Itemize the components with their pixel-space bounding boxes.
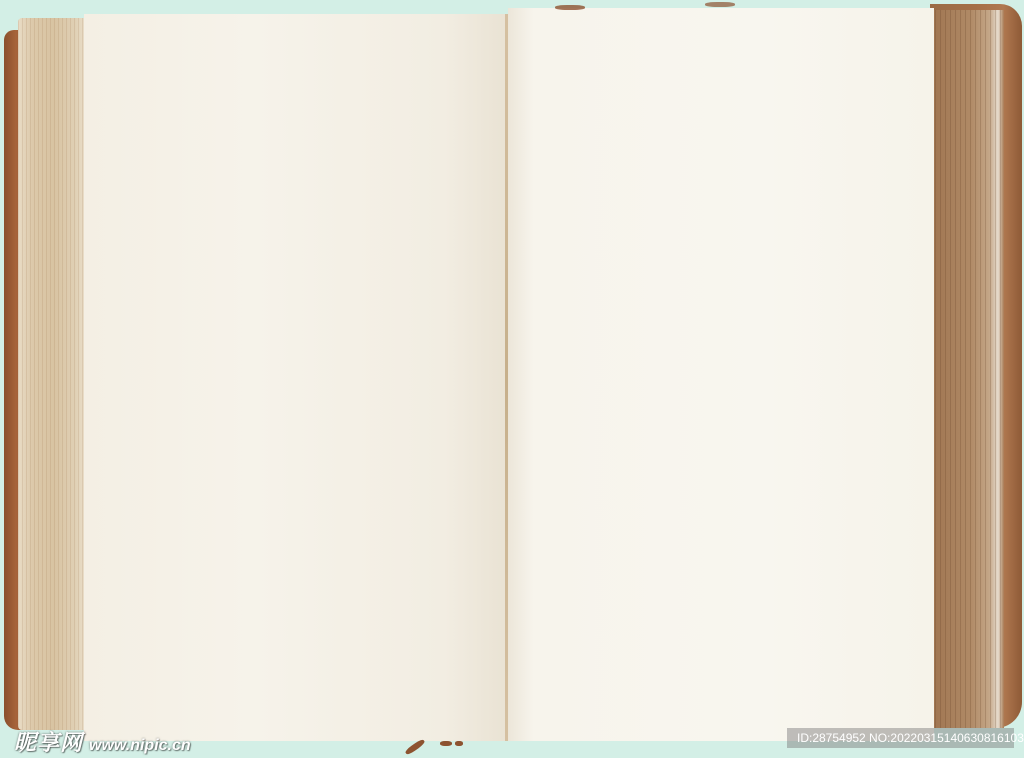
left-page-stack	[18, 18, 90, 730]
torn-fragment	[455, 741, 463, 746]
watermark-url: www.nipic.cn	[89, 737, 191, 755]
watermark-logo: 昵享网 www.nipic.cn	[14, 726, 191, 757]
watermark-id: ID:28754952 NO:20220315140630816103	[787, 728, 1014, 748]
book-gutter	[505, 14, 508, 741]
left-blank-page	[84, 14, 509, 741]
book-photo: 昵享网 www.nipic.cn ID:28754952 NO:20220315…	[0, 0, 1024, 758]
torn-fragment	[440, 741, 452, 746]
right-blank-page	[508, 8, 934, 741]
torn-fragment	[705, 2, 735, 7]
right-page-stack	[930, 10, 1004, 728]
watermark-brand: 昵享网	[14, 726, 83, 757]
torn-fragment	[555, 5, 585, 10]
